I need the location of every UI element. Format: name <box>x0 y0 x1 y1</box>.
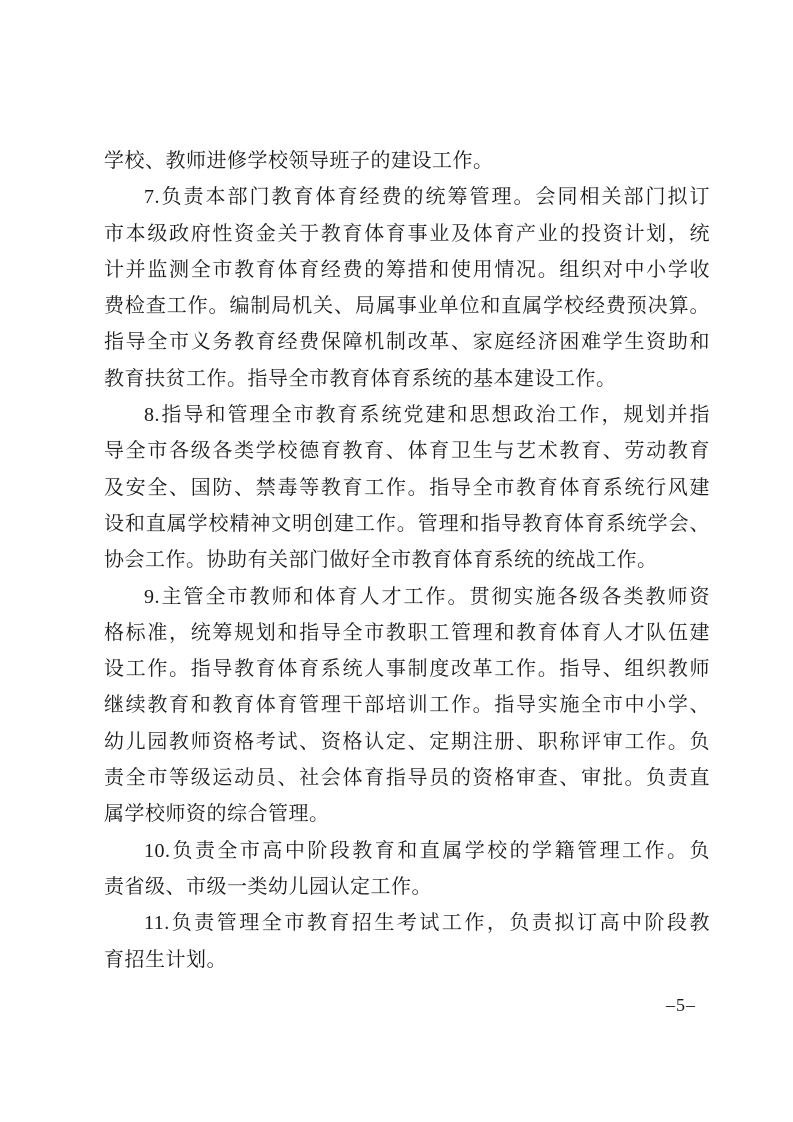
text-line: 11.负责管理全市教育招生考试工作，负责拟订高中阶段教 <box>104 905 710 941</box>
text-line: 导全市各级各类学校德育教育、体育卫生与艺术教育、劳动教育 <box>104 433 710 469</box>
text-line: 责省级、市级一类幼儿园认定工作。 <box>104 869 710 905</box>
text-line: 育招生计划。 <box>104 942 710 978</box>
text-line: 格标准，统筹规划和指导全市教职工管理和教育体育人才队伍建 <box>104 615 710 651</box>
text-line: 幼儿园教师资格考试、资格认定、定期注册、职称评审工作。负 <box>104 724 710 760</box>
text-line: 10.负责全市高中阶段教育和直属学校的学籍管理工作。负 <box>104 833 710 869</box>
text-line: 责全市等级运动员、社会体育指导员的资格审查、审批。负责直 <box>104 760 710 796</box>
text-line: 9.主管全市教师和体育人才工作。贯彻实施各级各类教师资 <box>104 579 710 615</box>
text-line: 协会工作。协助有关部门做好全市教育体育系统的统战工作。 <box>104 542 710 578</box>
page-number: –5– <box>666 995 696 1016</box>
text-line: 继续教育和教育体育管理干部培训工作。指导实施全市中小学、 <box>104 687 710 723</box>
text-line: 及安全、国防、禁毒等教育工作。指导全市教育体育系统行风建 <box>104 470 710 506</box>
text-line: 设工作。指导教育体育系统人事制度改革工作。指导、组织教师 <box>104 651 710 687</box>
document-body: 学校、教师进修学校领导班子的建设工作。 7.负责本部门教育体育经费的统筹管理。会… <box>104 143 710 978</box>
text-line: 指导全市义务教育经费保障机制改革、家庭经济困难学生资助和 <box>104 324 710 360</box>
text-line: 教育扶贫工作。指导全市教育体育系统的基本建设工作。 <box>104 361 710 397</box>
document-page: 学校、教师进修学校领导班子的建设工作。 7.负责本部门教育体育经费的统筹管理。会… <box>0 0 793 1122</box>
text-line: 7.负责本部门教育体育经费的统筹管理。会同相关部门拟订 <box>104 179 710 215</box>
text-line: 属学校师资的综合管理。 <box>104 796 710 832</box>
text-line: 学校、教师进修学校领导班子的建设工作。 <box>104 143 710 179</box>
text-line: 费检查工作。编制局机关、局属事业单位和直属学校经费预决算。 <box>104 288 710 324</box>
text-line: 计并监测全市教育体育经费的筹措和使用情况。组织对中小学收 <box>104 252 710 288</box>
text-line: 设和直属学校精神文明创建工作。管理和指导教育体育系统学会、 <box>104 506 710 542</box>
text-line: 市本级政府性资金关于教育体育事业及体育产业的投资计划，统 <box>104 216 710 252</box>
text-line: 8.指导和管理全市教育系统党建和思想政治工作，规划并指 <box>104 397 710 433</box>
